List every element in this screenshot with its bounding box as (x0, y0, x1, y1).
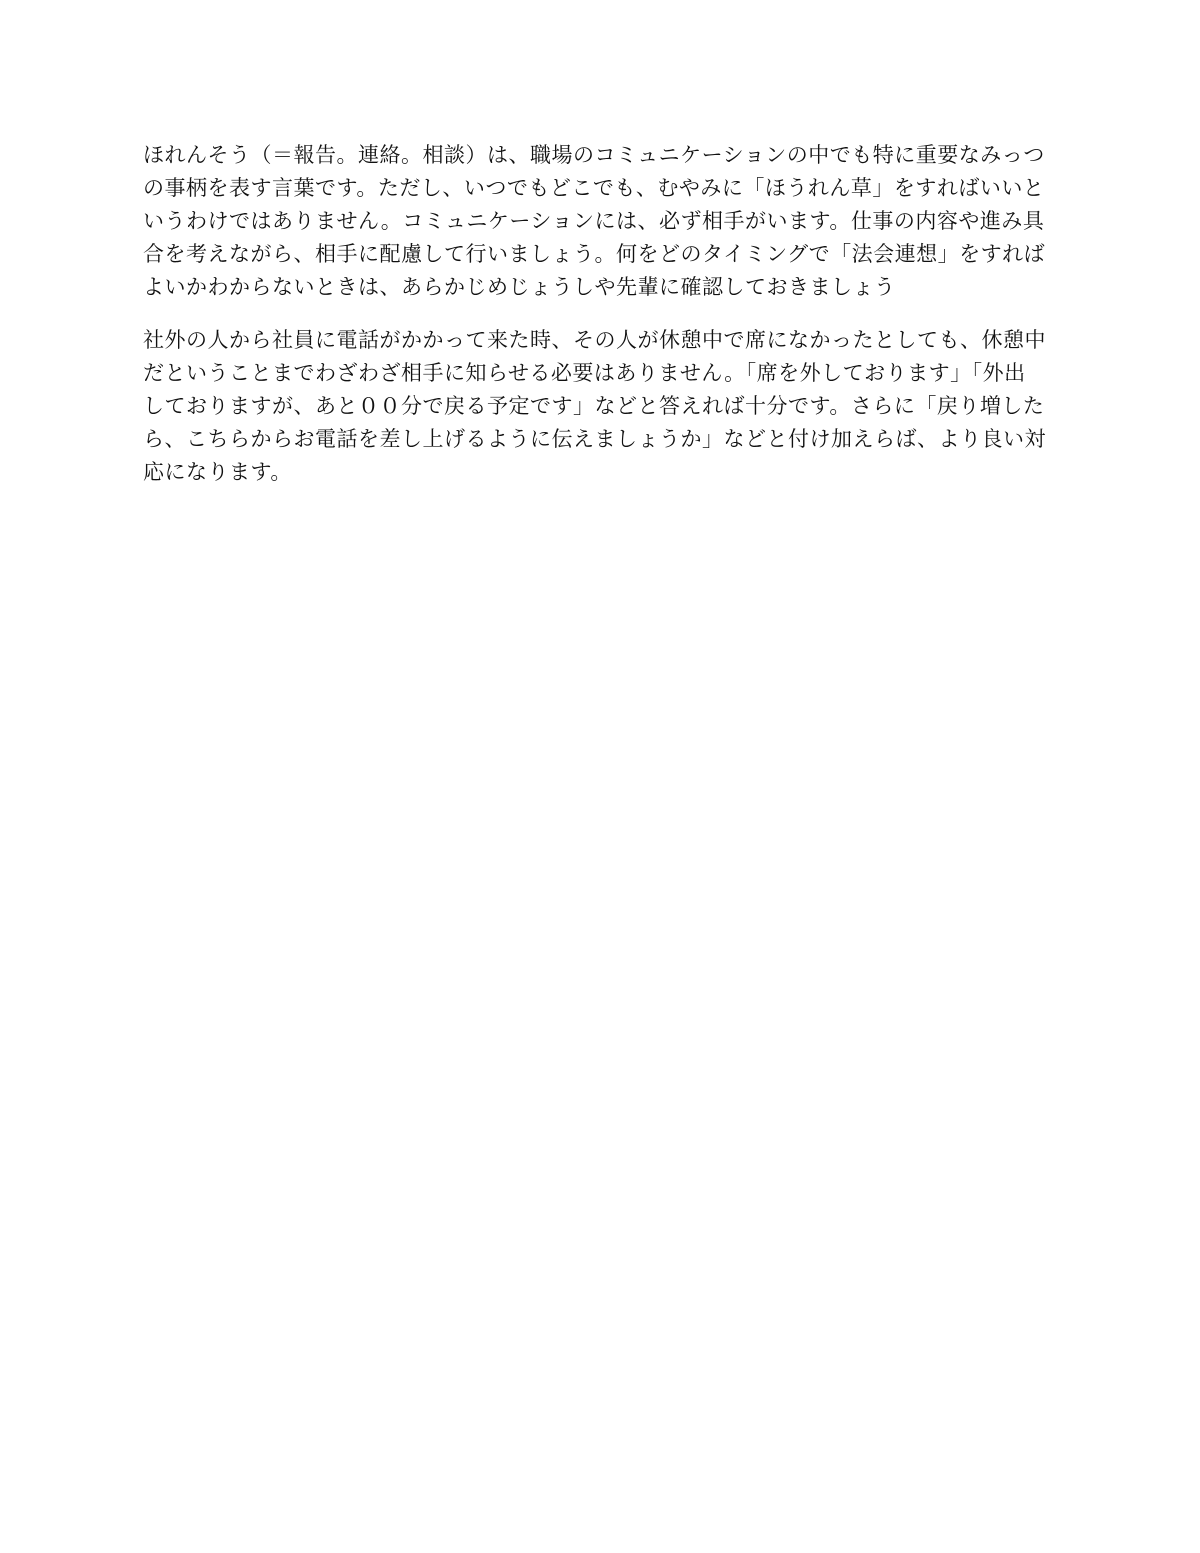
text-line: だということまでわざわざ相手に知らせる必要はありません。「席を外しております」「… (143, 357, 1060, 390)
text-line: いうわけではありません。コミュニケーションには、必ず相手がいます。仕事の内容や進… (143, 205, 1060, 238)
paragraph-horensou: ほれんそう（＝報告。連絡。相談）は、職場のコミュニケーションの中でも特に重要なみ… (143, 139, 1060, 304)
text-line: 応になります。 (143, 456, 1060, 489)
text-line: の事柄を表す言葉です。ただし、いつでもどこでも、むやみに「ほうれん草」をすればい… (143, 172, 1060, 205)
paragraph-phone-etiquette: 社外の人から社員に電話がかかって来た時、その人が休憩中で席になかったとしても、休… (143, 324, 1060, 489)
text-line: よいかわからないときは、あらかじめじょうしや先輩に確認しておきましょう (143, 271, 1060, 304)
text-line: 合を考えながら、相手に配慮して行いましょう。何をどのタイミングで「法会連想」をす… (143, 238, 1060, 271)
document-page: ほれんそう（＝報告。連絡。相談）は、職場のコミュニケーションの中でも特に重要なみ… (0, 0, 1200, 1553)
text-line: ら、こちらからお電話を差し上げるように伝えましょうか」などと付け加えらば、より良… (143, 423, 1060, 456)
text-line: しておりますが、あと００分で戻る予定です」などと答えれば十分です。さらに「戻り増… (143, 390, 1060, 423)
text-line: 社外の人から社員に電話がかかって来た時、その人が休憩中で席になかったとしても、休… (143, 324, 1060, 357)
text-line: ほれんそう（＝報告。連絡。相談）は、職場のコミュニケーションの中でも特に重要なみ… (143, 139, 1060, 172)
